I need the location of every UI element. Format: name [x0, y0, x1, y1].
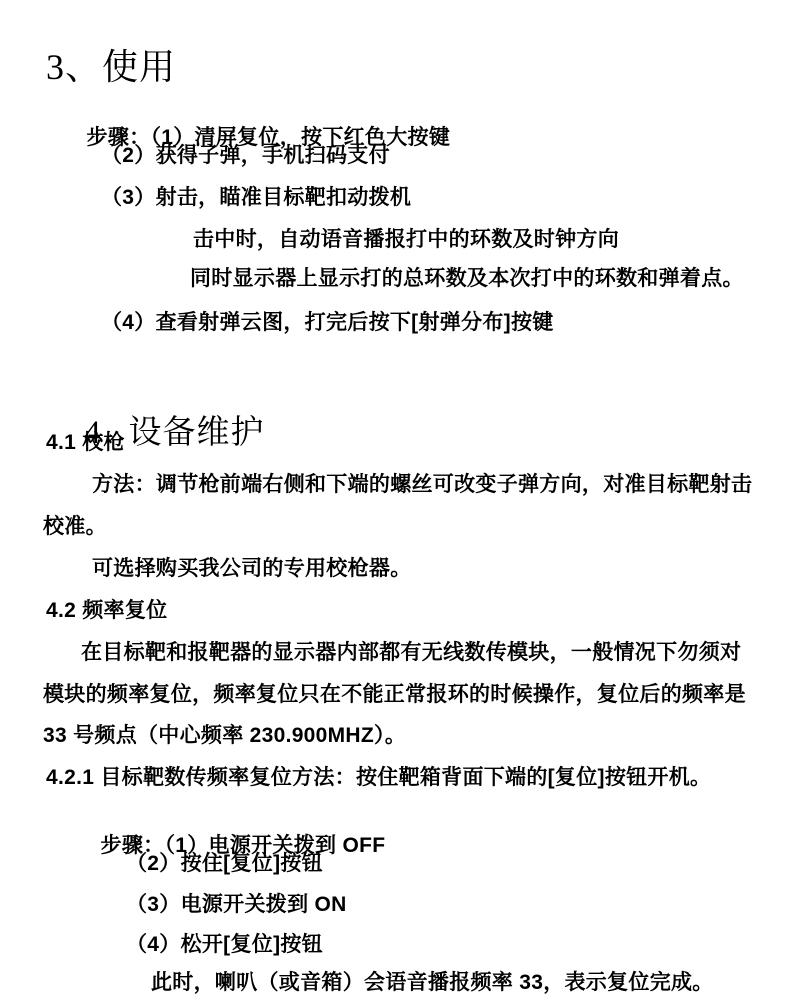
document-page: 3、使用 步骤：（1）清屏复位，按下红色大按键 （2）获得子弹，手机扫码支付 （…	[0, 0, 793, 1000]
section-4-1-paragraph-line-2: 校准。	[43, 515, 107, 539]
section-4-2-1-step-3: （3）电源开关拨到 ON	[126, 893, 347, 917]
section-3-step-3-note-2: 同时显示器上显示打的总环数及本次打中的环数和弹着点。	[190, 267, 744, 291]
section-4-2-1-title: 4.2.1 目标靶数传频率复位方法：按住靶箱背面下端的[复位]按钮开机。	[46, 766, 711, 790]
section-4-1-title: 4.1 校枪	[46, 431, 125, 455]
section-4-2-paragraph-line-1: 在目标靶和报靶器的显示器内部都有无线数传模块，一般情况下勿须对	[81, 641, 741, 665]
section-4-2-1-step-note: 此时，喇叭（或音箱）会语音播报频率 33，表示复位完成。	[151, 971, 714, 995]
section-3-step-3: （3）射击，瞄准目标靶扣动拨机	[101, 186, 411, 210]
section-4-2-paragraph-line-3: 33 号频点（中心频率 230.900MHZ）。	[43, 724, 406, 748]
section-3-step-4: （4）查看射弹云图，打完后按下[射弹分布]按键	[101, 311, 554, 335]
section-3-heading: 3、使用	[46, 48, 176, 88]
section-4-2-1-step-4: （4）松开[复位]按钮	[126, 933, 323, 957]
section-4-heading-text: 设备维护	[129, 415, 265, 451]
section-3-step-2: （2）获得子弹，手机扫码支付	[101, 144, 390, 168]
section-4-1-paragraph-line-3: 可选择购买我公司的专用校枪器。	[92, 557, 412, 581]
section-4-1-paragraph-line-1: 方法：调节枪前端右侧和下端的螺丝可改变子弹方向，对准目标靶射击	[92, 473, 752, 497]
section-3-step-3-note-1: 击中时，自动语音播报打中的环数及时钟方向	[193, 228, 619, 252]
section-4-2-title: 4.2 频率复位	[46, 599, 167, 623]
section-4-2-1-step-2: （2）按住[复位]按钮	[126, 852, 323, 876]
section-4-2-paragraph-line-2: 模块的频率复位，频率复位只在不能正常报环的时候操作，复位后的频率是	[43, 683, 746, 707]
